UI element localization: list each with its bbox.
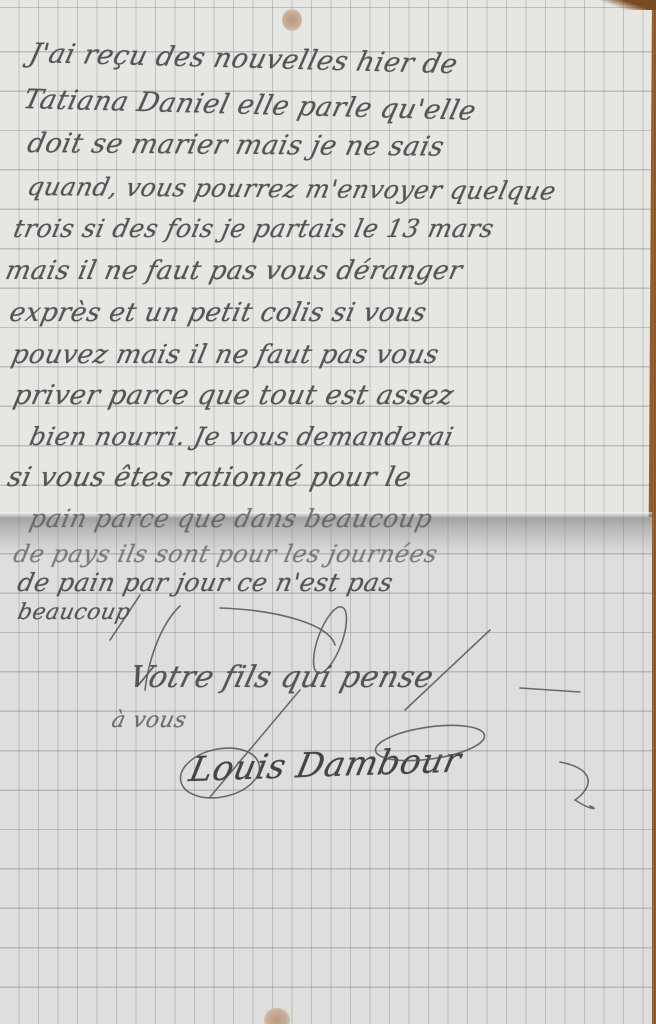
letter-content: J'ai reçu des nouvelles hier de Tatiana … xyxy=(0,0,656,1024)
signature-flourish-icon xyxy=(0,0,656,1024)
